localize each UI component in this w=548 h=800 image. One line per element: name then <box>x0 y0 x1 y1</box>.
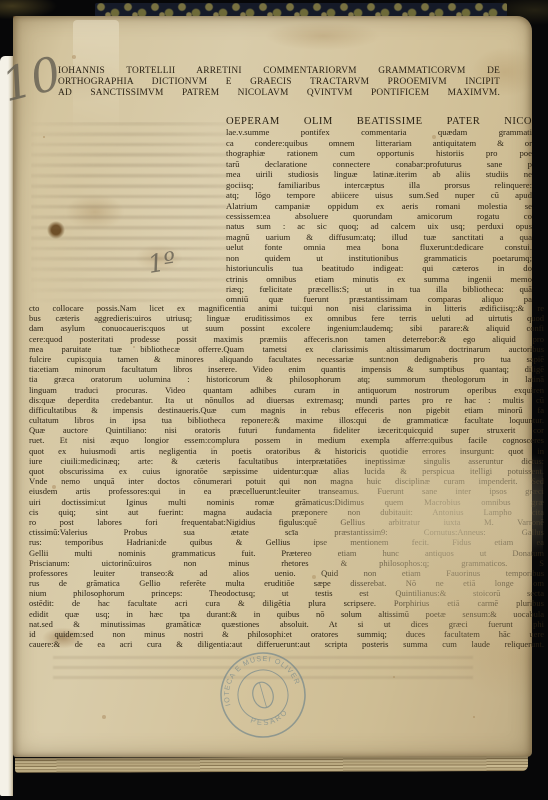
text-line: non quidem ut institutionibus grammatici… <box>226 253 532 263</box>
text-line: riæq; fœlicitate præcellis:S; ut in tua … <box>226 284 532 294</box>
text-line: Gellii multi nominis grammaticus fuit. P… <box>29 548 544 558</box>
foxing-spots <box>13 16 15 18</box>
text-line: gociisq; familiaribus intercæptus illa p… <box>226 180 532 190</box>
text-line: ostēdit: de hac facultate acri cura & di… <box>29 598 544 608</box>
book-page: IOHANNIS TORTELLII ARRETINI COMMENTARIOR… <box>13 16 532 757</box>
text-line: edidit quæ usq; in hæc tpa durant:& in q… <box>29 609 544 619</box>
proem-indented-block: OEPERAM OLIM BEATISSIME PATER NICOlae.v.… <box>226 117 532 305</box>
stamp-arc-bottom-text: PESARO <box>247 705 292 731</box>
verso-showthrough-text <box>31 122 227 308</box>
text-line: ORTHOGRAPHIA DICTIONVM E GRAECIS TRACTAR… <box>58 77 500 88</box>
text-line: rus de grāmatica Gellio referēte multa e… <box>29 578 544 588</box>
text-line: uelut fonte omnia mea bona fluxerunt:ded… <box>226 242 532 252</box>
decorative-endpaper-band <box>95 3 507 17</box>
text-line: ca condere:quibus omnem litterariam anti… <box>226 138 532 148</box>
text-line: cultatum libros in ipsa tua bibliotheca … <box>29 415 544 425</box>
text-line: dis:quæ deperdita credebantur. Ita ut nō… <box>29 395 544 405</box>
text-line: natus sum : ac sic quoq; ad calcem uix u… <box>226 221 532 231</box>
text-line: professores leuiter transeo:& ad alios u… <box>29 568 544 578</box>
text-line: rus: temporibus Hadriani:de quibus & Gel… <box>29 537 544 547</box>
proem-full-width-block: cto collocare possis.Nam licet ex magnif… <box>29 303 544 649</box>
text-line: Quæ auctore Quintiliano: nisi oratoris f… <box>29 425 544 435</box>
text-line: Alatrium campaniæ oppidum ex aeris roman… <box>226 201 532 211</box>
text-line: OEPERAM OLIM BEATISSIME PATER NICO <box>226 117 532 127</box>
text-line: historiunculis tua beatitudo indigeat: q… <box>226 263 532 273</box>
text-line: ro post labores fori frequentabat:Nigidi… <box>29 517 544 527</box>
text-line: ctrinis omnibus etiam minutis ex summa i… <box>226 274 532 284</box>
text-line: quot obscurissima ex cuius ignoratōe sæp… <box>29 466 544 476</box>
text-line: tia græca oratorum uolumina : historicor… <box>29 374 544 384</box>
text-line: iure ciuili:medicinæq; arte: & cæteris f… <box>29 456 544 466</box>
text-line: lae.v.summe pontifex commentaria quædam … <box>226 127 532 137</box>
handwritten-margin-mark: 1º <box>146 246 178 279</box>
incipit-heading: IOHANNIS TORTELLII ARRETINI COMMENTARIOR… <box>58 66 500 99</box>
text-line: cis quiq; sint aut fuerint: magna audaci… <box>29 507 544 517</box>
text-line: thographiæ rationem cum opportunis histo… <box>226 148 532 158</box>
text-line: Vnde nemo unquā inter doctos cōnumerari … <box>29 476 544 486</box>
text-line: fulcire cupis:quia tamen & minores aliqu… <box>29 354 544 364</box>
stamp-crest-line <box>259 683 266 708</box>
text-line: difficultatibus & impensis destinaueris.… <box>29 405 544 415</box>
text-line: dam asylum conuocaueris:quos ut suum pos… <box>29 323 544 333</box>
text-line: ctissimū:Valerius Probus sua ætate scīa … <box>29 527 544 537</box>
library-stamp: BIBLIOTECA E MUSEI OLIVERIANA PESARO <box>205 637 321 753</box>
text-line: tarū declaratione connectere conabar:pro… <box>226 159 532 169</box>
text-line: quot ex huiusmodi artis negligentia in p… <box>29 446 544 456</box>
text-line: cessissem:ea absoluere quorundam amicoru… <box>226 211 532 221</box>
facing-page-edge <box>0 56 13 796</box>
book-photograph: IOHANNIS TORTELLII ARRETINI COMMENTARIOR… <box>0 0 548 800</box>
text-line: IOHANNIS TORTELLII ARRETINI COMMENTARIOR… <box>58 66 500 77</box>
text-line: cto collocare possis.Nam licet ex magnif… <box>29 303 544 313</box>
text-line: linguam traduci procuras. Video quantam … <box>29 385 544 395</box>
text-line: ruet. Et nisi æquo longior essem:complur… <box>29 435 544 445</box>
text-line: eiusdem artis professores:qui in ea præc… <box>29 486 544 496</box>
text-line: nium philosophorum princeps: Theodoctusq… <box>29 588 544 598</box>
text-line: bus cæteris aggredieris:uiros utriusq; l… <box>29 313 544 323</box>
text-line: uiri doctissimi:ut Iginus multi nominis … <box>29 497 544 507</box>
text-line: nat.sed & minutissimas gramāticæ quæstio… <box>29 619 544 629</box>
text-line: AD SANCTISSIMVM PATREM NICOLAVM QVINTVM … <box>58 88 500 99</box>
text-line: id quidem:sed non minus nostri & philoso… <box>29 629 544 639</box>
text-line: tia:etiam minorum facultatum libros inse… <box>29 364 544 374</box>
book-block-edges <box>15 756 528 773</box>
text-line: magnū uarium & diffusum:atq; illud tuæ s… <box>226 232 532 242</box>
text-line: atq; lōgo tempore abiicere uisus sum.Sed… <box>226 190 532 200</box>
text-line: mea paruitate tuæ bibliothecæ offerre.Qu… <box>29 344 544 354</box>
text-line: Priscianum: uictorinū:uiros non minus rh… <box>29 558 544 568</box>
text-line: mea uirili studiosis linguæ latinæ.iteri… <box>226 169 532 179</box>
text-line: cere:quod posteritati prodesse possit ma… <box>29 334 544 344</box>
